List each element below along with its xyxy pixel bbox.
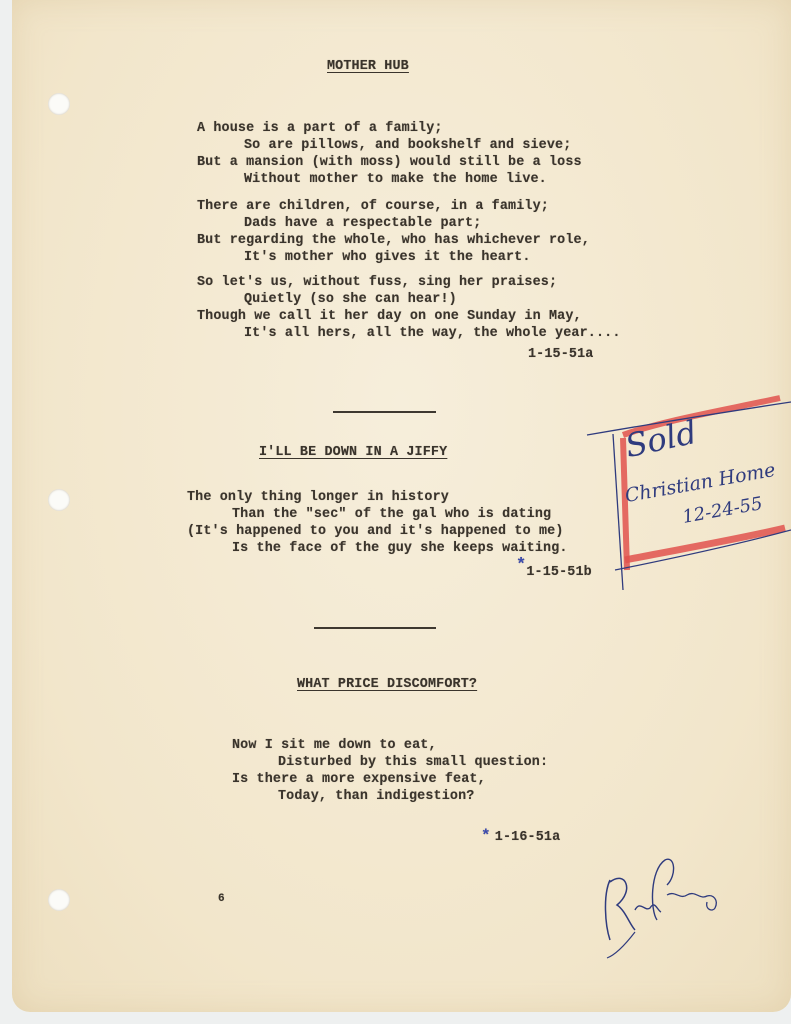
punch-hole [48,93,70,115]
poem-line: Dads have a respectable part; [197,215,590,232]
section-divider [333,411,436,413]
signature-scribble [595,850,745,960]
page-number: 6 [218,891,225,908]
poem-line: There are children, of course, in a fami… [197,198,590,215]
poem-line: The only thing longer in history [187,489,568,506]
date-code-row: *1-16-51a [481,828,560,846]
poem-stanza: A house is a part of a family;So are pil… [197,120,582,188]
poem-stanza: Now I sit me down to eat,Disturbed by th… [232,737,548,805]
date-code: 1-16-51a [495,830,561,845]
date-code: 1-15-51b [526,565,592,580]
signature-text: Ray Romine [0,0,1,1]
poem-line: But a mansion (with moss) would still be… [197,154,582,171]
date-code: 1-15-51a [528,346,594,363]
poem-line: Is the face of the guy she keeps waiting… [187,540,568,557]
poem-stanza: The only thing longer in historyThan the… [187,489,568,557]
poem-line: Is there a more expensive feat, [232,771,548,788]
section-divider [314,627,436,629]
poem-line: Quietly (so she can hear!) [197,291,621,308]
asterisk-mark: * [516,556,526,575]
poem-line: So let's us, without fuss, sing her prai… [197,274,621,291]
poem-stanza: So let's us, without fuss, sing her prai… [197,274,621,342]
poem-title: WHAT PRICE DISCOMFORT? [297,676,477,693]
poem-title: MOTHER HUB [327,58,409,75]
date-code-row: *1-15-51b [516,563,592,581]
poem-stanza: There are children, of course, in a fami… [197,198,590,266]
poem-line: But regarding the whole, who has whichev… [197,232,590,249]
poem-line: Disturbed by this small question: [232,754,548,771]
poem-line: It's mother who gives it the heart. [197,249,590,266]
punch-hole [48,489,70,511]
punch-hole [48,889,70,911]
poem-line: Though we call it her day on one Sunday … [197,308,621,325]
poem-line: Now I sit me down to eat, [232,737,548,754]
poem-line: (It's happened to you and it's happened … [187,523,568,540]
poem-line: A house is a part of a family; [197,120,582,137]
poem-line: Without mother to make the home live. [197,171,582,188]
poem-line: It's all hers, all the way, the whole ye… [197,325,621,342]
poem-title: I'LL BE DOWN IN A JIFFY [259,444,447,461]
poem-line: Today, than indigestion? [232,788,548,805]
asterisk-mark: * [481,827,491,845]
poem-line: Than the "sec" of the gal who is dating [187,506,568,523]
poem-line: So are pillows, and bookshelf and sieve; [197,137,582,154]
